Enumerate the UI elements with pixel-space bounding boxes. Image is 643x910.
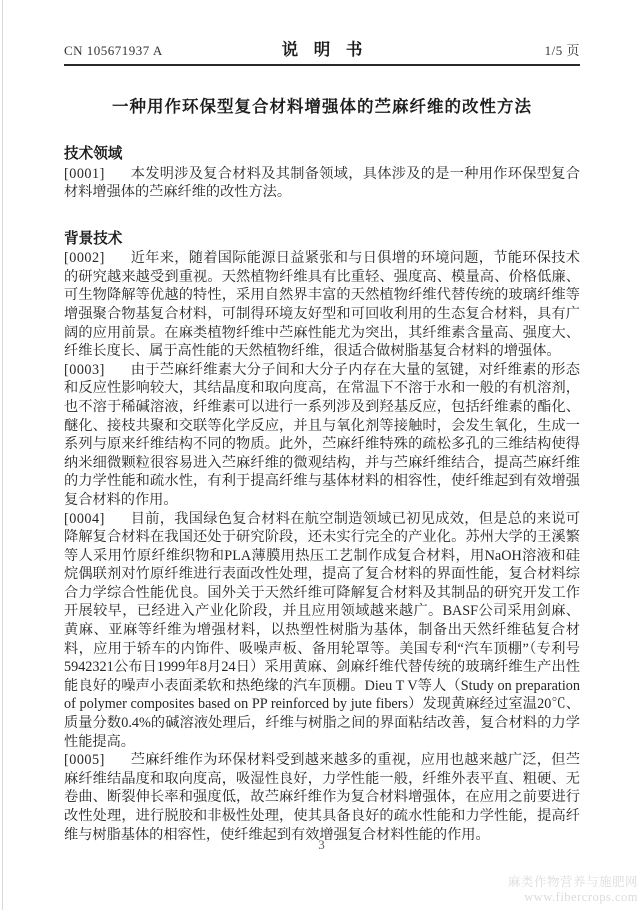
section-background-art: 背景技术 [0002]近年来，随着国际能源日益紧张和与日俱增的环境问题，节能环保… [64, 230, 580, 845]
document-page: CN 105671937 A 说明书 1/5 页 一种用作环保型复合材料增强体的… [0, 0, 643, 844]
patent-title: 一种用作环保型复合材料增强体的苎麻纤维的改性方法 [64, 93, 580, 117]
paragraph-number: [0003] [64, 362, 105, 378]
paragraph-0003: [0003]由于苎麻纤维素大分子间和大分子内存在大量的氢键，对纤维素的形态和反应… [64, 361, 580, 510]
document-number: CN 105671937 A [64, 43, 282, 59]
paragraph-0001: [0001]本发明涉及复合材料及其制备领域，具体涉及的是一种用作环保型复合材料增… [64, 165, 580, 202]
header-divider [64, 64, 580, 66]
section-heading: 技术领域 [64, 145, 580, 164]
section-heading: 背景技术 [64, 230, 580, 249]
paragraph-text: 由于苎麻纤维素大分子间和大分子内存在大量的氢键，对纤维素的形态和反应性影响较大，… [64, 362, 580, 508]
document-header: CN 105671937 A 说明书 1/5 页 [64, 36, 580, 60]
watermark-site-name: 麻类作物营养与施肥网 [508, 875, 638, 890]
page-number: 3 [0, 837, 643, 853]
paragraph-number: [0001] [64, 166, 105, 182]
paragraph-0004: [0004]目前，我国绿色复合材料在航空制造领域已初见成效，但是总的来说可降解复… [64, 510, 580, 752]
watermark-site-url: www.fibercrops.com [508, 890, 638, 905]
page-indicator: 1/5 页 [362, 40, 580, 59]
paragraph-number: [0004] [64, 511, 105, 527]
section-technical-field: 技术领域 [0001]本发明涉及复合材料及其制备领域，具体涉及的是一种用作环保型… [64, 145, 580, 202]
paragraph-text: 苎麻纤维作为环保材料受到越来越多的重视，应用也越来越广泛，但苎麻纤维结晶度和取向… [64, 752, 580, 842]
paragraph-0002: [0002]近年来，随着国际能源日益紧张和与日俱增的环境问题，节能环保技术的研究… [64, 249, 580, 361]
paragraph-text: 目前，我国绿色复合材料在航空制造领域已初见成效，但是总的来说可降解复合材料在我国… [64, 511, 580, 750]
paragraph-number: [0002] [64, 250, 105, 266]
paragraph-text: 近年来，随着国际能源日益紧张和与日俱增的环境问题，节能环保技术的研究越来越受到重… [64, 250, 580, 359]
paragraph-0005: [0005]苎麻纤维作为环保材料受到越来越多的重视，应用也越来越广泛，但苎麻纤维… [64, 751, 580, 844]
watermark: 麻类作物营养与施肥网 www.fibercrops.com [508, 875, 638, 905]
patent-document-page: { "header": { "doc_number": "CN 10567193… [0, 0, 643, 910]
paragraph-number: [0005] [64, 752, 105, 768]
paragraph-text: 本发明涉及复合材料及其制备领域，具体涉及的是一种用作环保型复合材料增强体的苎麻纤… [64, 166, 580, 201]
